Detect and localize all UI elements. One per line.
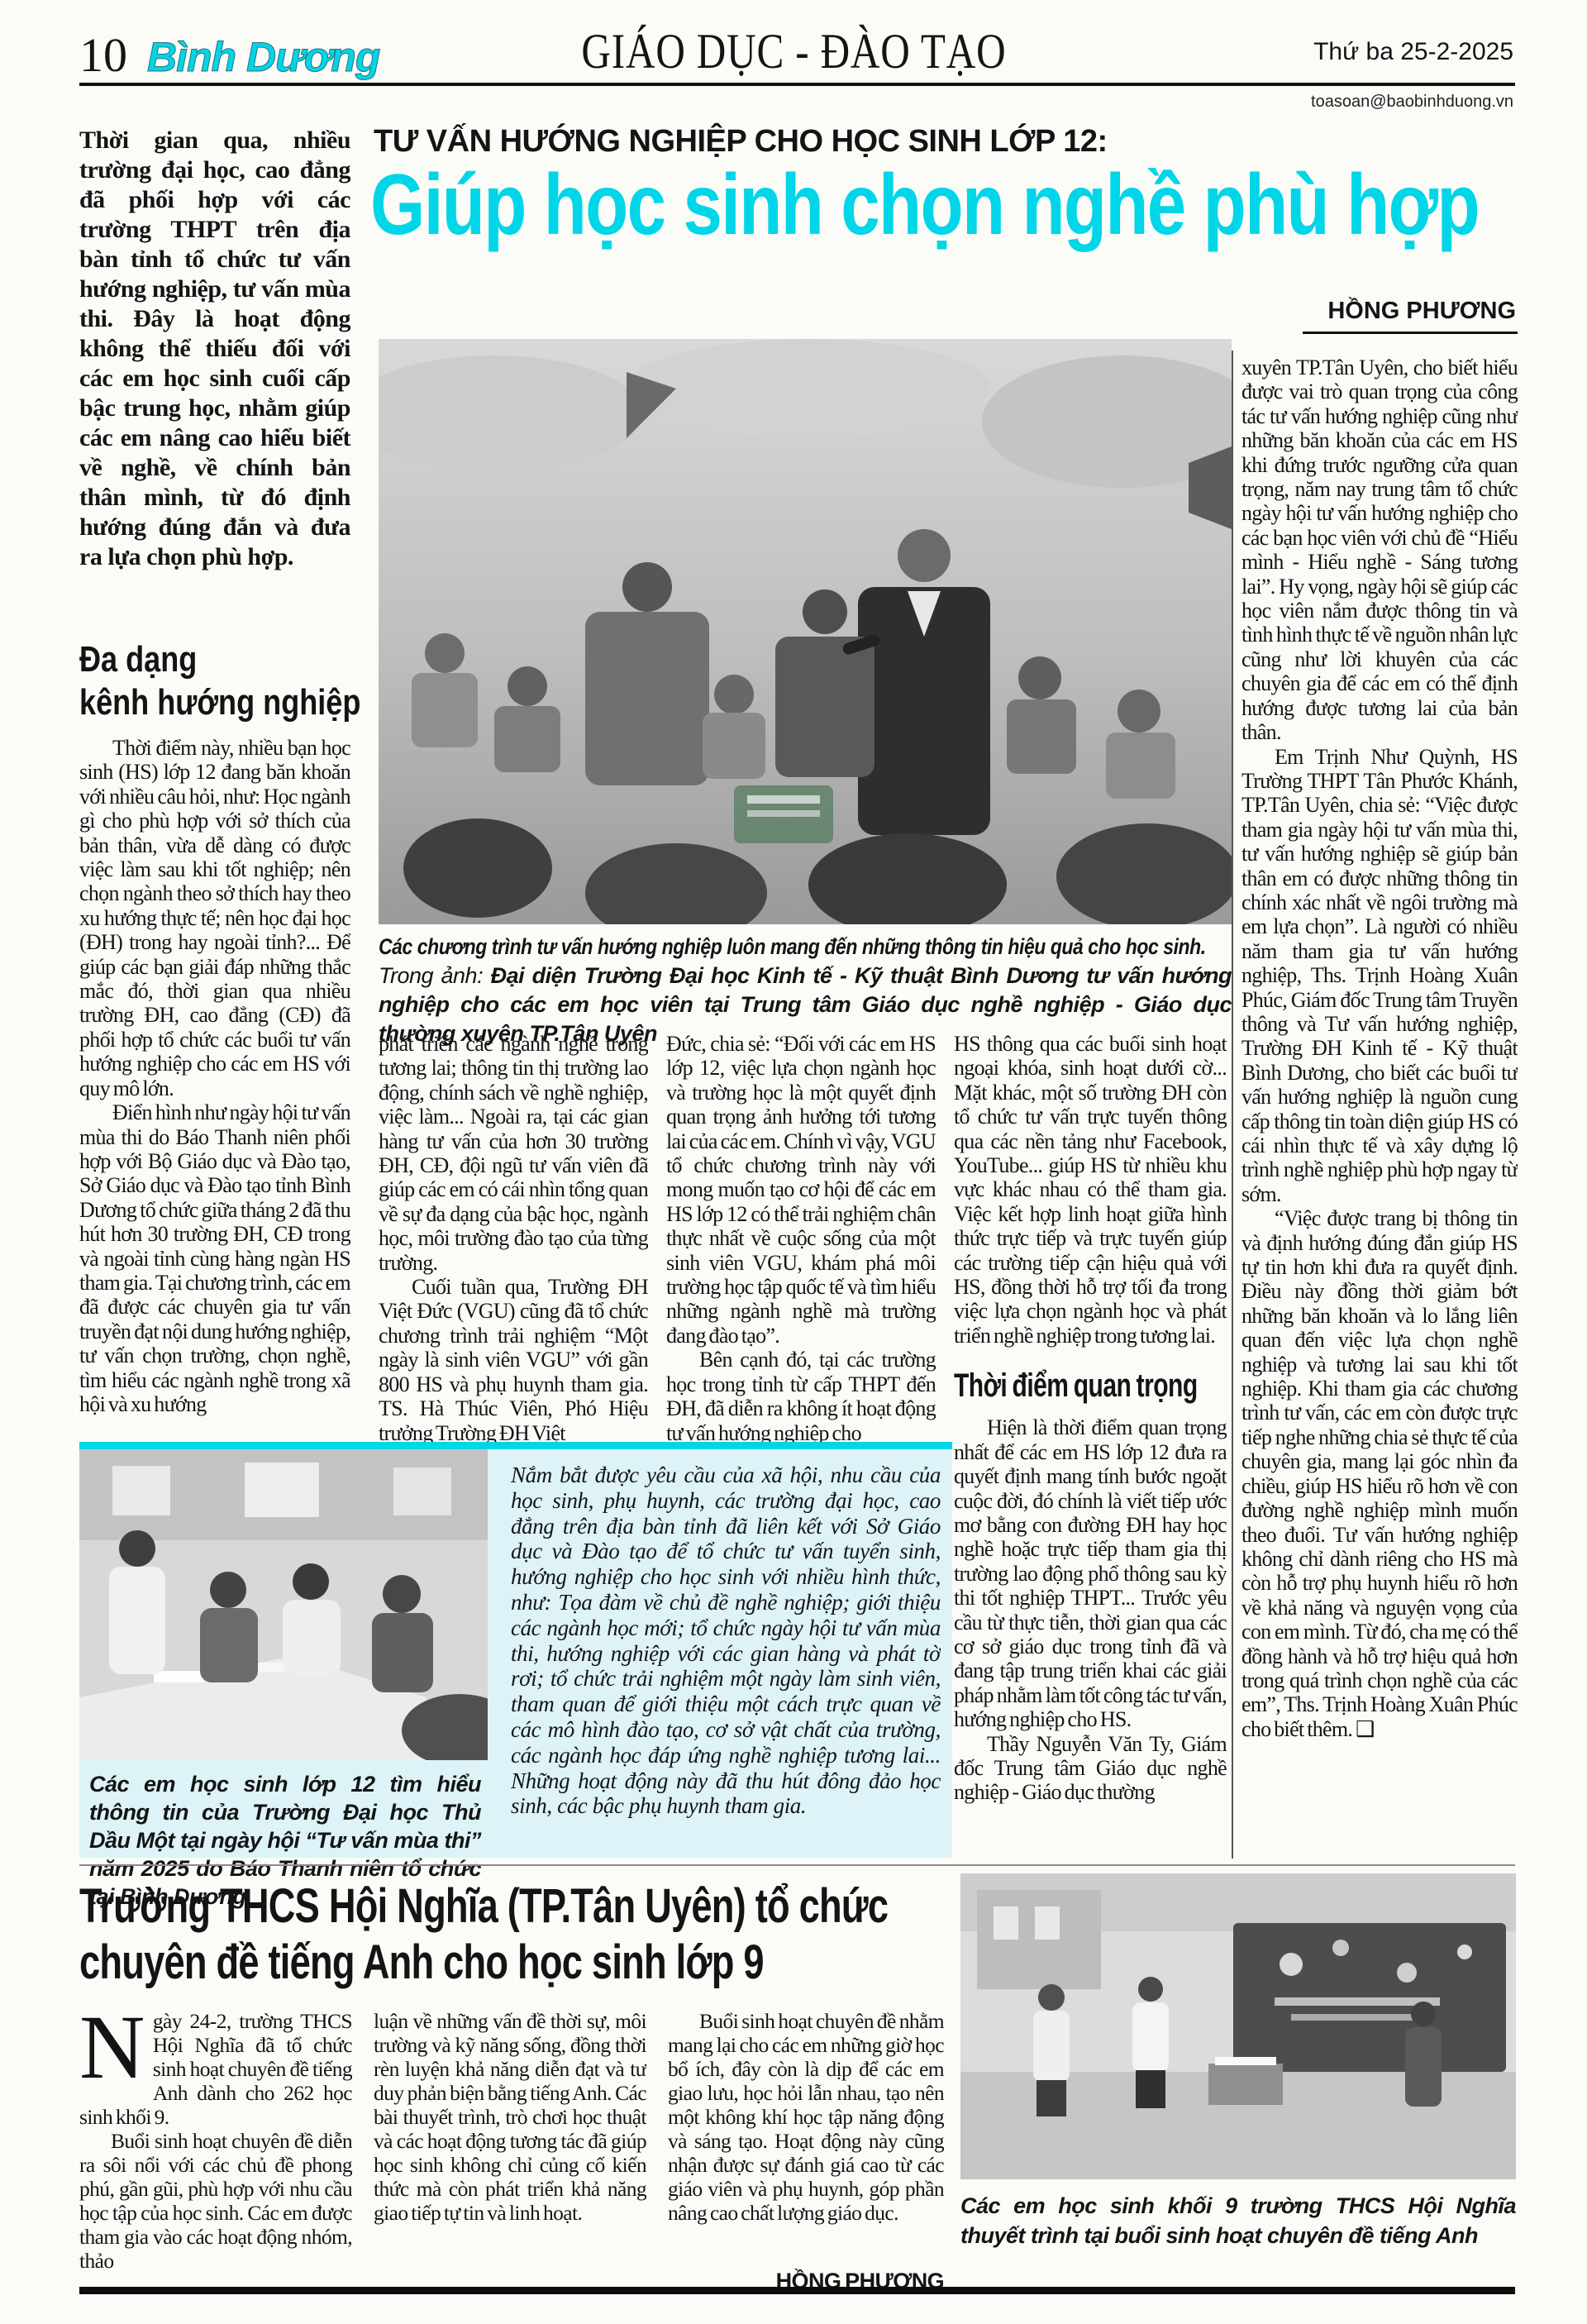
article-kicker: TƯ VẤN HƯỚNG NGHIỆP CHO HỌC SINH LỚP 12: [374, 124, 1108, 160]
header-rule [79, 83, 1515, 86]
caption-prefix: Trong ảnh: [379, 963, 491, 988]
second-column-2: luận về những vấn đề thời sự, môi trường… [374, 2009, 646, 2293]
issue-date: Thứ ba 25-2-2025 [1313, 38, 1513, 66]
left-photo [79, 1449, 488, 1760]
footer-rule [79, 2287, 1515, 2294]
paragraph: phát triển các ngành nghề trong tương la… [379, 1032, 648, 1275]
column-3: Đức, chia sẻ: “Đối với các em HS lớp 12,… [666, 1032, 936, 1442]
paragraph: Đức, chia sẻ: “Đối với các em HS lớp 12,… [666, 1032, 936, 1348]
article-separator [79, 1864, 1515, 1866]
paragraph: Cuối tuần qua, Trường ĐH Việt Đức (VGU) … [379, 1275, 648, 1442]
highlight-box-text: Nắm bắt được yêu cầu của xã hội, nhu cầu… [511, 1463, 941, 1846]
paragraph: Điển hình như ngày hội tư vấn mùa thi do… [79, 1100, 350, 1416]
paragraph: Hiện là thời điểm quan trọng nhất để các… [954, 1415, 1227, 1731]
column-left: Thời điểm này, nhiều bạn học sinh (HS) l… [79, 736, 350, 1440]
newspaper-page: 10 Bình Dương GIÁO DỤC - ĐÀO TẠO Thứ ba … [0, 0, 1587, 2324]
bottom-photo-caption: Các em học sinh khối 9 trường THCS Hội N… [960, 2191, 1516, 2250]
paragraph: Buổi sinh hoạt chuyên đề nhằm mang lại c… [668, 2009, 944, 2225]
column-4: HS thông qua các buổi sinh hoạt ngoại kh… [954, 1032, 1227, 1859]
main-photo [379, 339, 1232, 924]
bottom-photo-illustration [960, 1873, 1516, 2179]
subhead-thoi-diem: Thời điểm quan trọng [954, 1366, 1227, 1405]
bottom-photo [960, 1873, 1516, 2179]
paragraph: Thầy Nguyễn Văn Ty, Giám đốc Trung tâm G… [954, 1732, 1227, 1805]
paragraph: HS thông qua các buổi sinh hoạt ngoại kh… [954, 1032, 1227, 1348]
byline: HỒNG PHƯƠNG [1303, 298, 1518, 334]
column-2: phát triển các ngành nghề trong tương la… [379, 1032, 648, 1442]
subhead-da-dang: Đa dạng kênh hướng nghiệp [79, 638, 360, 724]
highlight-region: Các em học sinh lớp 12 tìm hiểu thông ti… [79, 1449, 952, 1858]
column-divider [1232, 351, 1233, 1859]
column-5: xuyên TP.Tân Uyên, cho biết hiểu được va… [1241, 356, 1518, 1859]
article-intro: Thời gian qua, nhiều trường đại học, cao… [79, 126, 350, 572]
paragraph: xuyên TP.Tân Uyên, cho biết hiểu được va… [1241, 356, 1518, 745]
second-column-1: Ngày 24-2, trường THCS Hội Nghĩa đã tổ c… [79, 2009, 352, 2293]
drop-cap: N [79, 2009, 153, 2083]
paragraph: Thời điểm này, nhiều bạn học sinh (HS) l… [79, 736, 350, 1100]
paragraph: Em Trịnh Như Quỳnh, HS Trường THPT Tân P… [1241, 745, 1518, 1207]
second-article-headline: Trường THCS Hội Nghĩa (TP.Tân Uyên) tổ c… [79, 1878, 972, 1991]
main-photo-illustration [379, 339, 1232, 924]
paragraph: Ngày 24-2, trường THCS Hội Nghĩa đã tổ c… [79, 2009, 352, 2129]
left-photo-illustration [79, 1449, 488, 1760]
paragraph: Buổi sinh hoạt chuyên đề diễn ra sôi nổi… [79, 2129, 352, 2273]
paragraph: luận về những vấn đề thời sự, môi trường… [374, 2009, 646, 2225]
contact-email: toasoan@baobinhduong.vn [1311, 93, 1513, 112]
second-column-3: Buổi sinh hoạt chuyên đề nhằm mang lại c… [668, 2009, 944, 2293]
accent-bar [79, 1442, 952, 1449]
article-headline: Giúp học sinh chọn nghề phù hợp [370, 162, 1527, 270]
main-photo-caption: Các chương trình tư vấn hướng nghiệp luô… [379, 933, 1232, 1048]
paragraph: “Việc được trang bị thông tin và định hư… [1241, 1206, 1518, 1741]
paragraph: Bên cạnh đó, tại các trường học trong tỉ… [666, 1348, 936, 1442]
byline-wrap: HỒNG PHƯƠNG [1160, 298, 1518, 334]
section-title: GIÁO DỤC - ĐÀO TẠO [581, 23, 1006, 80]
